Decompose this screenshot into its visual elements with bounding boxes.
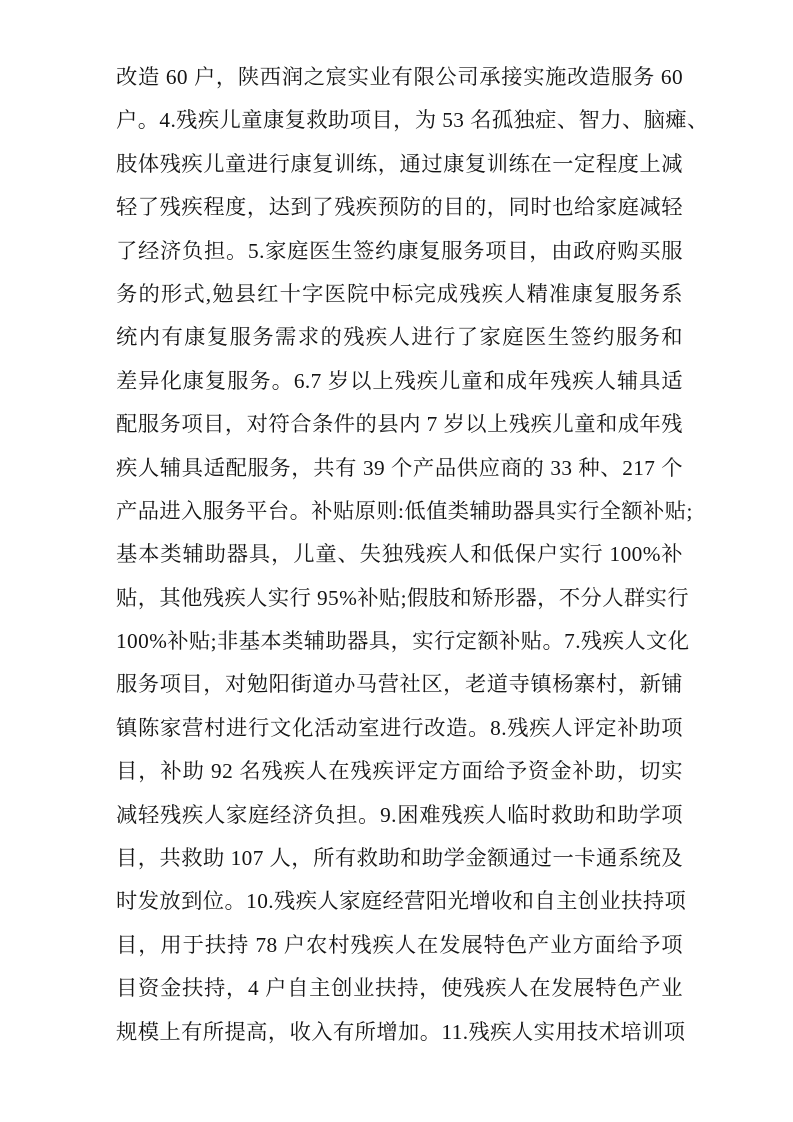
text-line: 产品进入服务平台。补贴原则:低值类辅助器具实行全额补贴; <box>116 490 683 533</box>
text-line: 统内有康复服务需求的残疾人进行了家庭医生签约服务和 <box>116 316 683 359</box>
text-line: 目资金扶持，4 户自主创业扶持，使残疾人在发展特色产业 <box>116 967 683 1010</box>
text-line: 目，用于扶持 78 户农村残疾人在发展特色产业方面给予项 <box>116 924 683 967</box>
text-line: 务的形式,勉县红十字医院中标完成残疾人精准康复服务系 <box>116 273 683 316</box>
paragraph-block: 改造 60 户，陕西润之宸实业有限公司承接实施改造服务 60 户。4.残疾儿童康… <box>116 56 683 1054</box>
text-line: 疾人辅具适配服务，共有 39 个产品供应商的 33 种、217 个 <box>116 447 683 490</box>
text-line: 基本类辅助器具，儿童、失独残疾人和低保户实行 100%补 <box>116 533 683 576</box>
text-line: 差异化康复服务。6.7 岁以上残疾儿童和成年残疾人辅具适 <box>116 360 683 403</box>
text-line: 配服务项目，对符合条件的县内 7 岁以上残疾儿童和成年残 <box>116 403 683 446</box>
text-line: 100%补贴;非基本类辅助器具，实行定额补贴。7.残疾人文化 <box>116 620 683 663</box>
text-line: 贴，其他残疾人实行 95%补贴;假肢和矫形器，不分人群实行 <box>116 577 683 620</box>
text-line: 肢体残疾儿童进行康复训练，通过康复训练在一定程度上减 <box>116 143 683 186</box>
text-line: 户。4.残疾儿童康复救助项目，为 53 名孤独症、智力、脑瘫、 <box>116 99 683 142</box>
text-line: 减轻残疾人家庭经济负担。9.困难残疾人临时救助和助学项 <box>116 794 683 837</box>
text-line: 规模上有所提高，收入有所增加。11.残疾人实用技术培训项 <box>116 1011 683 1054</box>
text-line: 轻了残疾程度，达到了残疾预防的目的，同时也给家庭减轻 <box>116 186 683 229</box>
text-line: 服务项目，对勉阳街道办马营社区，老道寺镇杨寨村，新铺 <box>116 663 683 706</box>
text-line: 改造 60 户，陕西润之宸实业有限公司承接实施改造服务 60 <box>116 56 683 99</box>
text-line: 镇陈家营村进行文化活动室进行改造。8.残疾人评定补助项 <box>116 707 683 750</box>
document-page: 改造 60 户，陕西润之宸实业有限公司承接实施改造服务 60 户。4.残疾儿童康… <box>0 0 793 1122</box>
text-line: 目，共救助 107 人，所有救助和助学金额通过一卡通系统及 <box>116 837 683 880</box>
text-line: 时发放到位。10.残疾人家庭经营阳光增收和自主创业扶持项 <box>116 880 683 923</box>
text-line: 了经济负担。5.家庭医生签约康复服务项目，由政府购买服 <box>116 230 683 273</box>
text-line: 目，补助 92 名残疾人在残疾评定方面给予资金补助，切实 <box>116 750 683 793</box>
